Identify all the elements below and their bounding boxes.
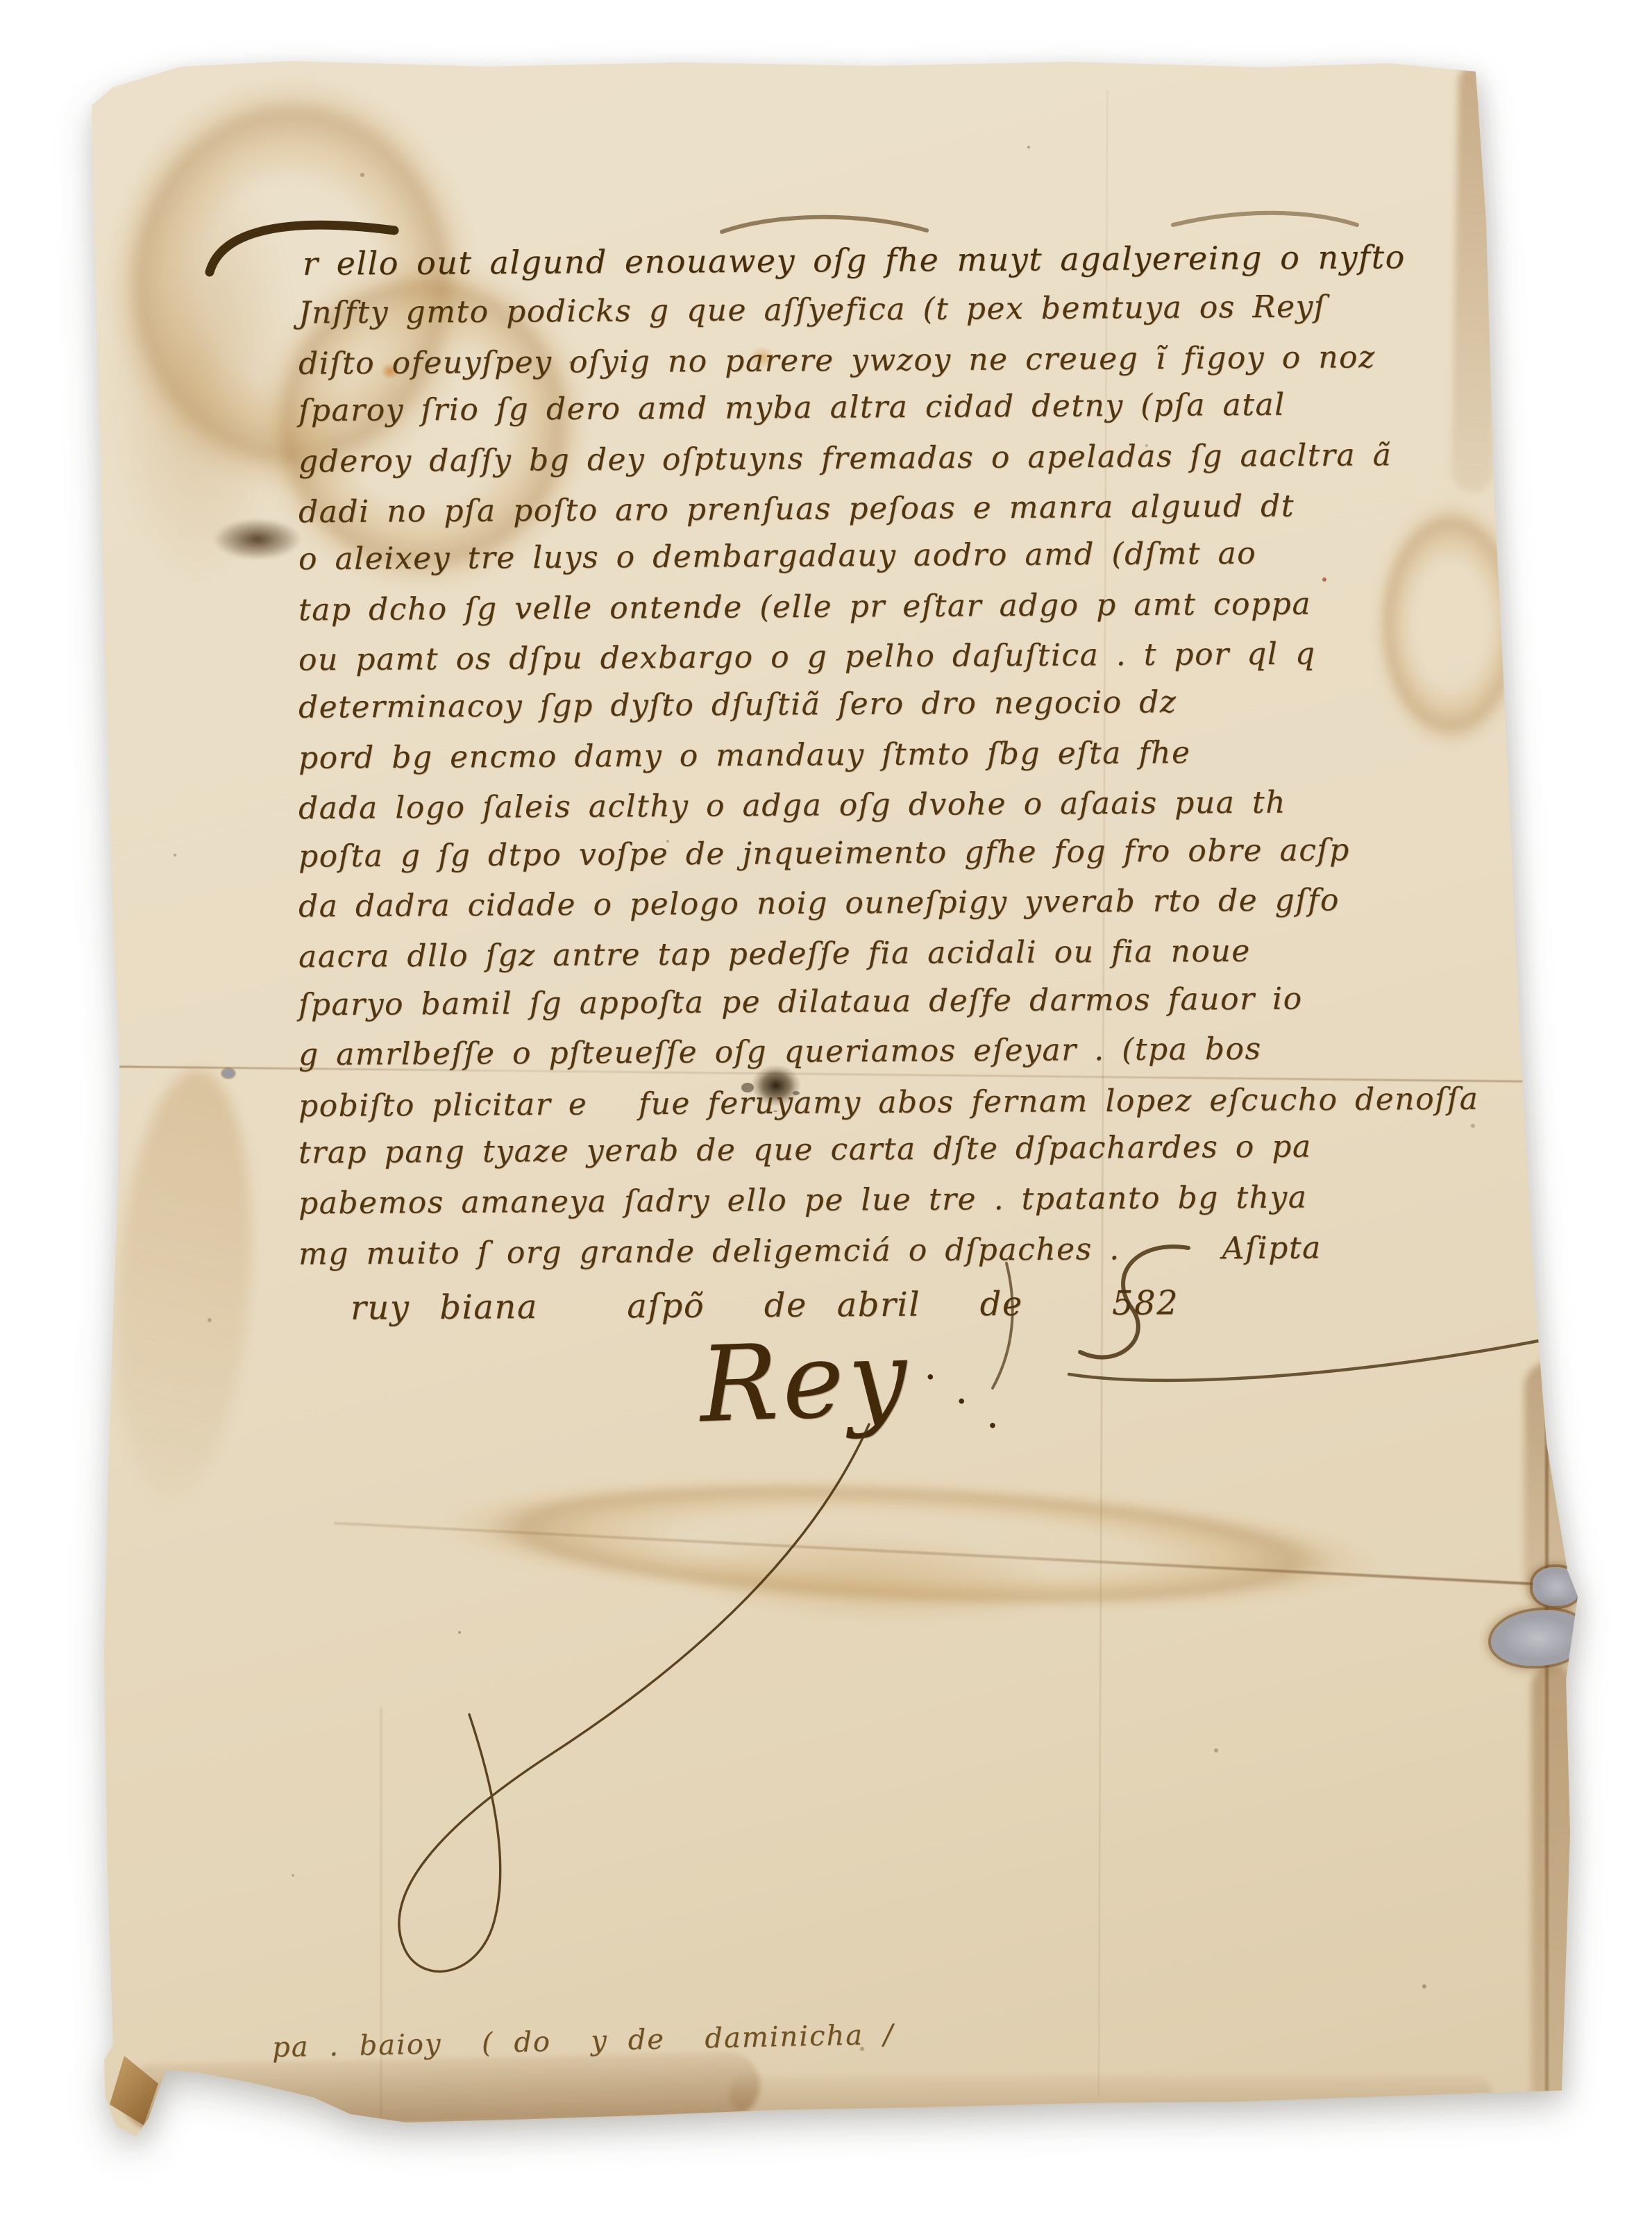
manuscript-line: mg muito ſ org grande deligemciá o dſpac… — [298, 1233, 1322, 1269]
paper-shadow-wrap: r ello out algund enouawey oſg fhe muyt … — [0, 0, 1652, 2221]
stain-band-lower-fold — [358, 1448, 1460, 1641]
vertical-fold-crease-right — [1545, 1381, 1549, 2096]
ascender-arc-stroke — [1173, 213, 1357, 225]
manuscript-line: g amrlbeſſe o pſteueſſe oſg queriamos eſ… — [298, 1034, 1262, 1070]
ink-smear-line6-start — [205, 515, 310, 564]
manuscript-line: gderoy daſſy bg dey oſptuyns fremadas o … — [298, 440, 1392, 478]
manuscript-line: determinacoy ſgp dyſto dſuſtiã ſero dro … — [298, 687, 1177, 723]
stain-band-lower-fold-inner — [623, 1517, 1113, 1641]
manuscript-line: ou pamt os dſpu dexbargo o g pelho daſuſ… — [298, 639, 1316, 676]
manuscript-line: o aleixey tre luys o dembargadauy aodro … — [298, 539, 1256, 575]
small-fold-hole — [222, 1069, 235, 1078]
signature-flourish-stroke — [399, 1424, 869, 1971]
signature-dots: · · · — [911, 1354, 1018, 1452]
stain-right-crease-lower — [1531, 1666, 1576, 2110]
stain-right-margin — [1360, 479, 1541, 770]
photographed-manuscript-page: r ello out algund enouawey oſg fhe muyt … — [0, 0, 1652, 2221]
stain-bottom-edge — [121, 2051, 761, 2130]
manuscript-line: trap pang tyaze yerab de que carta dſte … — [298, 1132, 1312, 1169]
manuscript-line: Jnſfty gmto podicks g que aſſyefica (t p… — [298, 292, 1326, 328]
manuscript-line: pabemos amaneya ſadry ello pe lue tre . … — [298, 1183, 1308, 1219]
stain-bottom-edge-right — [729, 2075, 1492, 2113]
manuscript-line: ruy biana aſpõ de abril de 582 — [351, 1287, 1179, 1325]
manuscript-line: tap dcho ſg velle ontende (elle pr eſtar… — [298, 589, 1311, 625]
manuscript-line: da dadra cidade o pelogo noig ouneſpigy … — [298, 886, 1340, 922]
paper-specks — [0, 0, 3, 3]
stain-right-edge-top — [1451, 62, 1501, 493]
manuscript-line: aacra dllo ſgz antre tap pedeſſe fia aci… — [298, 936, 1251, 972]
manuscript-line: pord bg encmo damy o mandauy ſtmto ſbg e… — [298, 738, 1191, 774]
manuscript-paper-sheet: r ello out algund enouawey oſg fhe muyt … — [0, 0, 1652, 2221]
tear-hole-right-edge-lower — [1491, 1610, 1585, 1666]
stain-left-margin-top — [83, 83, 312, 652]
tear-hole-right-edge-upper — [1533, 1567, 1581, 1606]
manuscript-line: diſto ofeuyſpey oſyig no parere ywzoy ne… — [298, 342, 1376, 379]
manuscript-line: ſparoy ſrio ſg dero amd myba altra cidad… — [298, 390, 1286, 427]
manuscript-line: pobiſto plicitar e fue feruyamy abos fer… — [298, 1084, 1479, 1122]
manuscript-line: r ello out algund enouawey oſg fhe muyt … — [303, 241, 1406, 280]
manuscript-line: dadi no pſa poſto aro prenſuas peſoas e … — [298, 491, 1295, 527]
horizontal-fold-crease-lower — [334, 1521, 1582, 1587]
bottom-docket-annotation: pa . baioy ( do y de daminicha / — [272, 2019, 895, 2064]
year-numeral-tail-stroke — [993, 1263, 1013, 1388]
stain-left-margin-middle — [103, 1065, 265, 1503]
ascender-arc-stroke — [722, 217, 927, 232]
manuscript-line: dada logo ſaleis aclthy o adga oſg dvohe… — [298, 788, 1286, 825]
manuscript-line: ſparyo bamil ſg appoſta pe dilataua deſf… — [298, 983, 1303, 1020]
manuscript-line: poſta g ſg dtpo voſpe de jnqueimento gfh… — [298, 835, 1350, 872]
royal-signature: Rey — [698, 1326, 913, 1438]
scribe-paraph-sweep-stroke — [1069, 1323, 1621, 1380]
